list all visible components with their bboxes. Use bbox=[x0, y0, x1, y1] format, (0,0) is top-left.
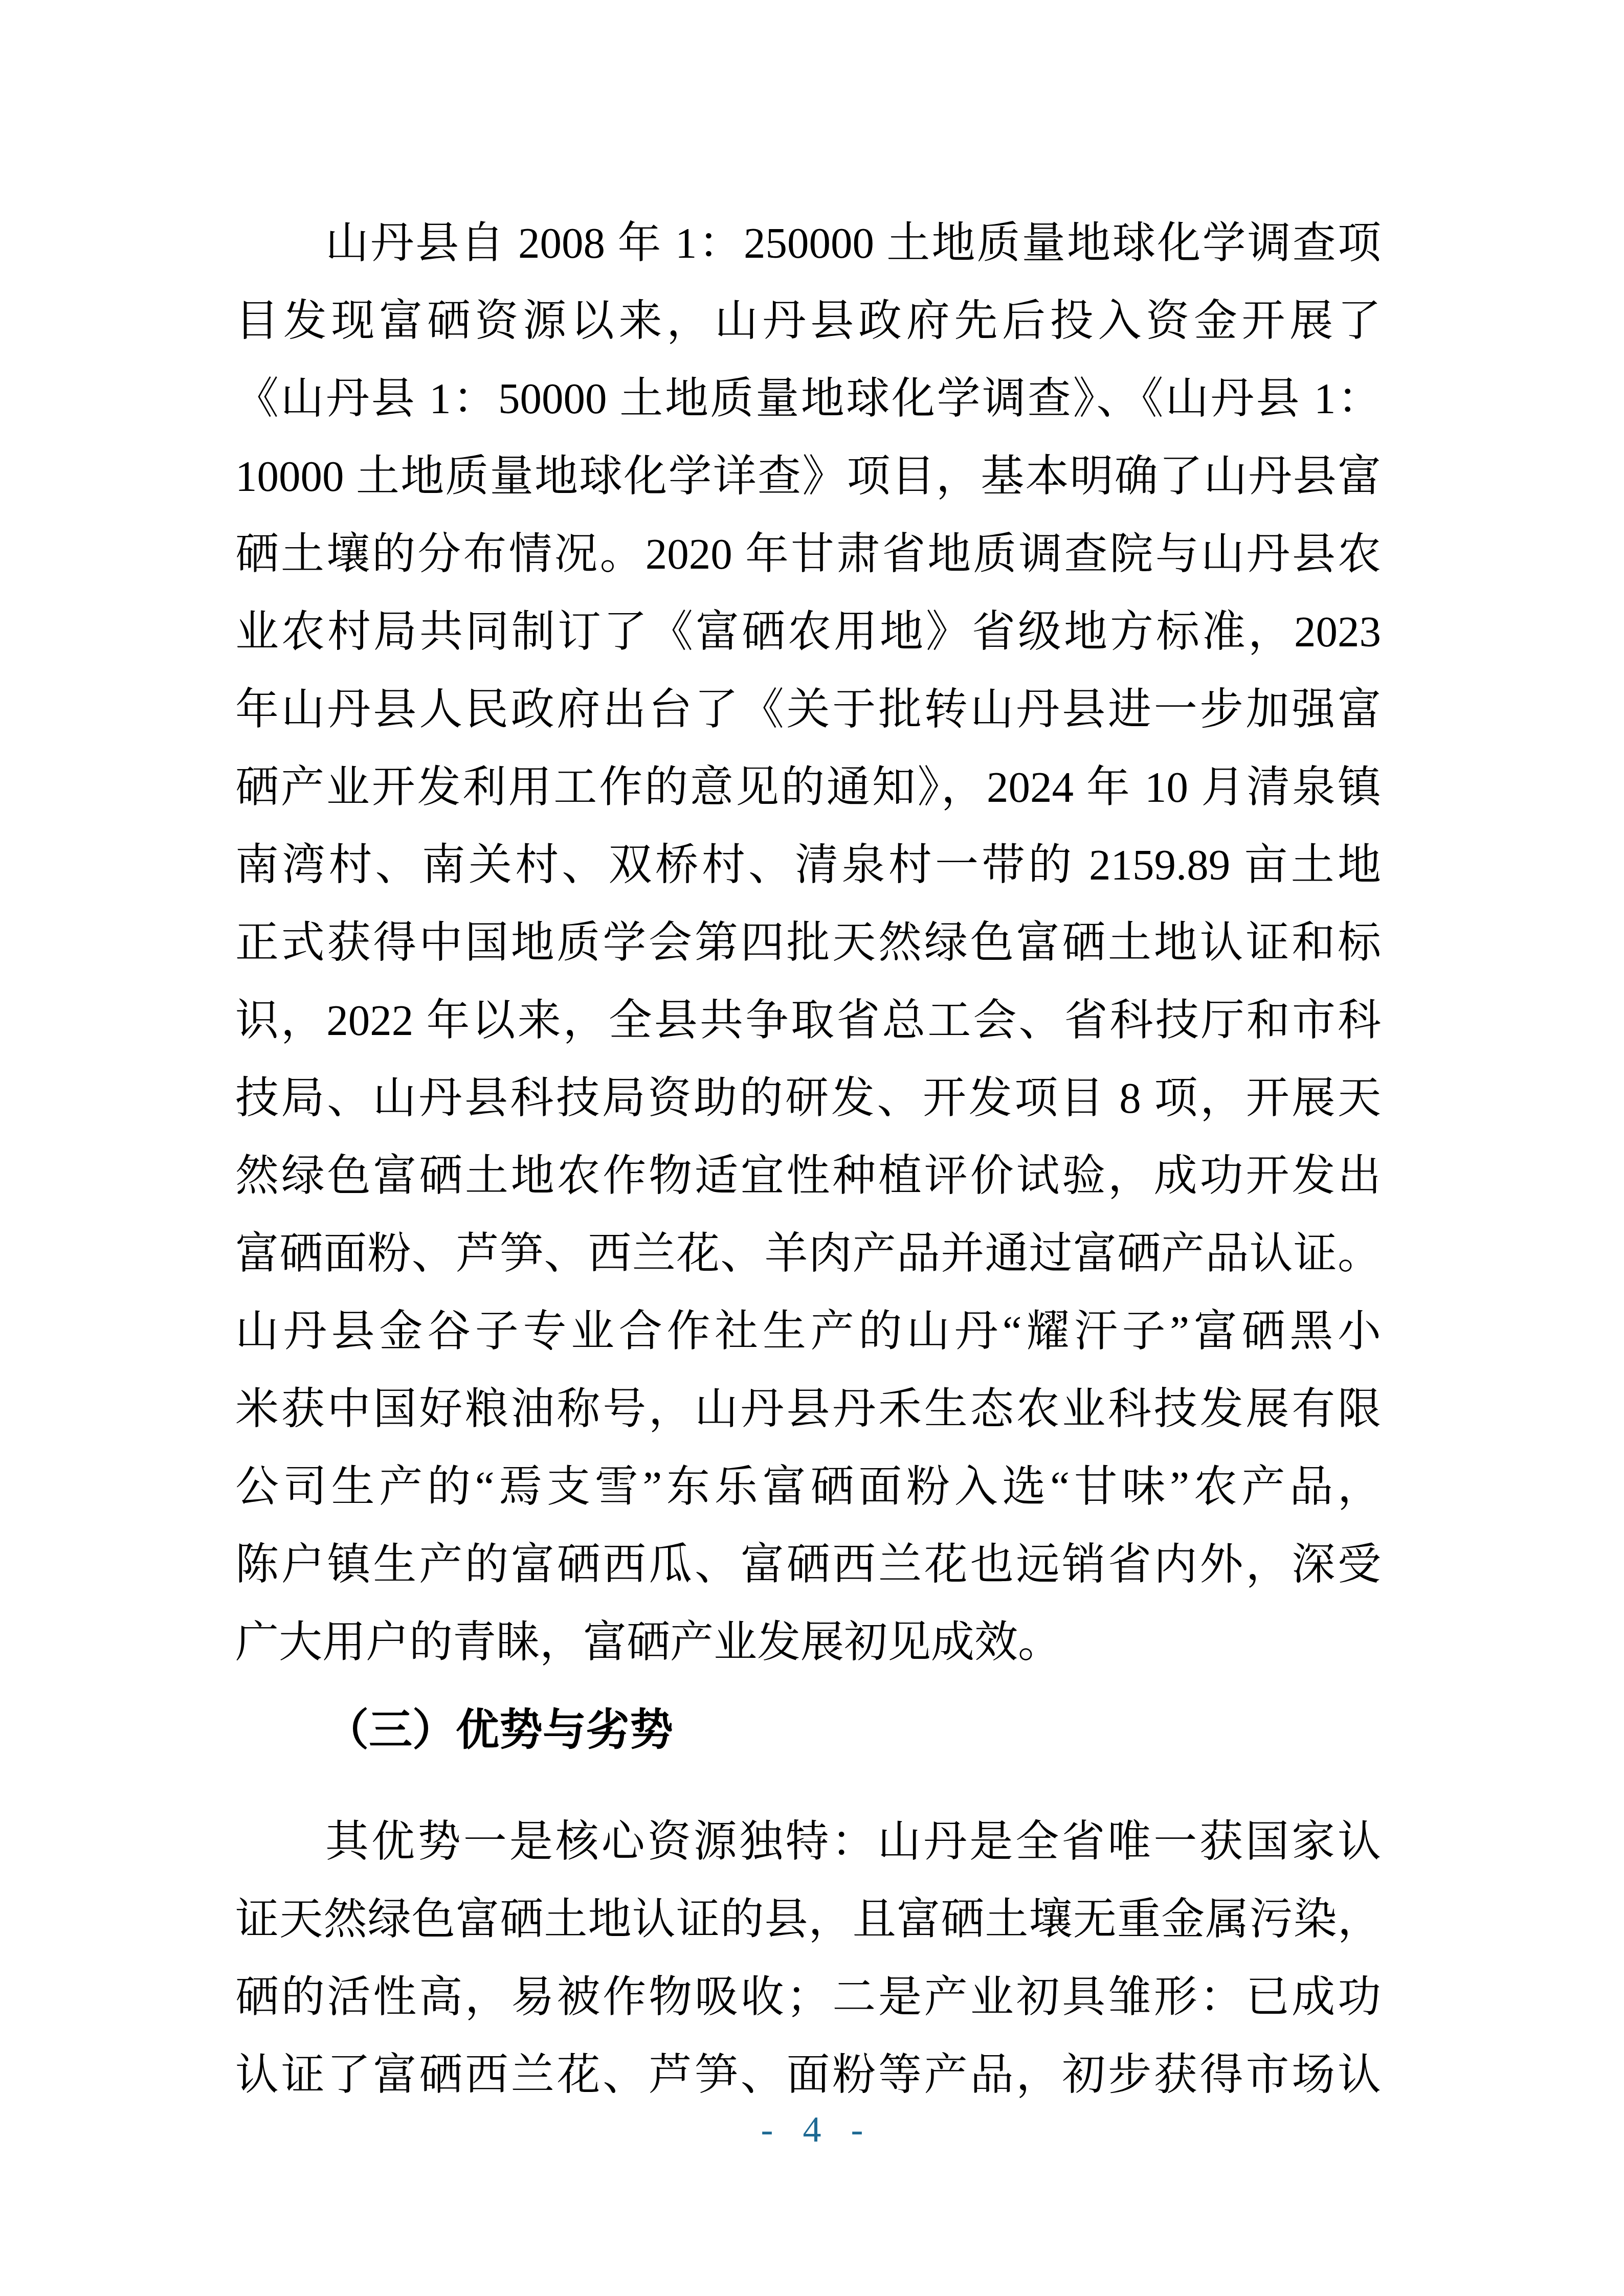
paragraph1-line: 硒产业开发利用工作的意见的通知》，2024 年 10 月清泉镇 bbox=[235, 749, 1381, 826]
paragraph1-line: 陈户镇生产的富硒西瓜、富硒西兰花也远销省内外，深受 bbox=[235, 1526, 1381, 1604]
paragraph1-line: 技局、山丹县科技局资助的研发、开发项目 8 项，开展天 bbox=[235, 1060, 1381, 1137]
paragraph1-line: 硒土壤的分布情况。2020 年甘肃省地质调查院与山丹县农 bbox=[235, 515, 1381, 593]
paragraph1-line: 10000 土地质量地球化学详查》项目，基本明确了山丹县富 bbox=[235, 438, 1381, 515]
paragraph1-line: 然绿色富硒土地农作物适宜性种植评价试验，成功开发出 bbox=[235, 1137, 1381, 1215]
paragraph2-line: 证天然绿色富硒土地认证的县，且富硒土壤无重金属污染， bbox=[235, 1881, 1381, 1959]
document-page: 山丹县自 2008 年 1：250000 土地质量地球化学调查项 目发现富硒资源… bbox=[0, 0, 1624, 2296]
paragraph1-line: 《山丹县 1：50000 土地质量地球化学调查》、《山丹县 1： bbox=[235, 360, 1381, 438]
paragraph1-line: 年山丹县人民政府出台了《关于批转山丹县进一步加强富 bbox=[235, 671, 1381, 749]
paragraph1-line: 米获中国好粮油称号，山丹县丹禾生态农业科技发展有限 bbox=[235, 1370, 1381, 1448]
page-number: - 4 - bbox=[0, 2108, 1624, 2151]
paragraph1-line: 南湾村、南关村、双桥村、清泉村一带的 2159.89 亩土地 bbox=[235, 826, 1381, 904]
paragraph1-line: 富硒面粉、芦笋、西兰花、羊肉产品并通过富硒产品认证。 bbox=[235, 1215, 1381, 1293]
paragraph1-line: 山丹县金谷子专业合作社生产的山丹“耀汗子”富硒黑小 bbox=[235, 1293, 1381, 1370]
paragraph2-line: 硒的活性高，易被作物吸收；二是产业初具雏形：已成功 bbox=[235, 1959, 1381, 2036]
document-body: 山丹县自 2008 年 1：250000 土地质量地球化学调查项 目发现富硒资源… bbox=[235, 205, 1381, 2114]
section-heading: （三）优势与劣势 bbox=[235, 1692, 1381, 1769]
paragraph1-line: 正式获得中国地质学会第四批天然绿色富硒土地认证和标 bbox=[235, 904, 1381, 982]
paragraph1-line: 业农村局共同制订了《富硒农用地》省级地方标准，2023 bbox=[235, 593, 1381, 671]
paragraph1-line: 广大用户的青睐，富硒产业发展初见成效。 bbox=[235, 1604, 1381, 1681]
paragraph1-line: 目发现富硒资源以来，山丹县政府先后投入资金开展了 bbox=[235, 282, 1381, 360]
paragraph1-line: 公司生产的“焉支雪”东乐富硒面粉入选“甘味”农产品， bbox=[235, 1448, 1381, 1526]
paragraph2-line: 其优势一是核心资源独特：山丹是全省唯一获国家认 bbox=[235, 1803, 1381, 1881]
paragraph1-line: 识，2022 年以来，全县共争取省总工会、省科技厅和市科 bbox=[235, 982, 1381, 1060]
paragraph1-line: 山丹县自 2008 年 1：250000 土地质量地球化学调查项 bbox=[235, 205, 1381, 282]
paragraph2-line: 认证了富硒西兰花、芦笋、面粉等产品，初步获得市场认 bbox=[235, 2036, 1381, 2114]
